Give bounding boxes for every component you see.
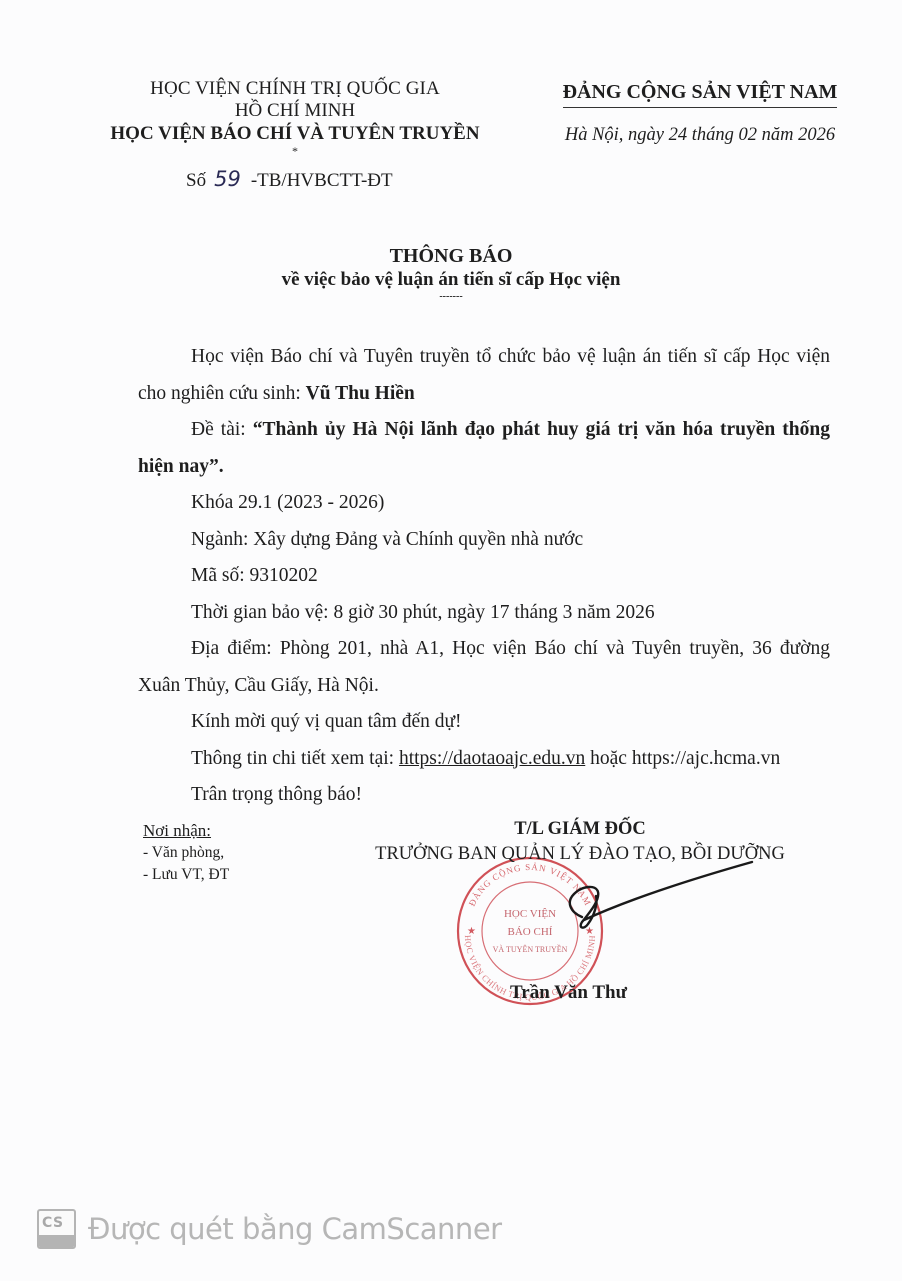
info-prefix: Thông tin chi tiết xem tại: [191, 748, 399, 769]
issuer-parent-org: HỌC VIỆN CHÍNH TRỊ QUỐC GIA [60, 78, 530, 100]
party-header: ĐẢNG CỘNG SẢN VIỆT NAM Hà Nội, ngày 24 t… [540, 78, 860, 146]
course-line: Khóa 29.1 (2023 - 2026) [138, 485, 830, 522]
student-name: Vũ Thu Hiền [306, 383, 415, 404]
major-line: Ngành: Xây dựng Đảng và Chính quyền nhà … [138, 522, 830, 559]
intro-text: Học viện Báo chí và Tuyên truyền tổ chức… [138, 346, 830, 404]
invitation-line: Kính mời quý vị quan tâm đến dự! [138, 704, 830, 741]
svg-text:★: ★ [467, 926, 476, 937]
doc-no-number: 59 [214, 167, 241, 191]
issuer-parent-org-cont: HỒ CHÍ MINH [60, 100, 530, 122]
title-separator: ------- [0, 292, 902, 302]
party-name: ĐẢNG CỘNG SẢN VIỆT NAM [563, 78, 838, 108]
document-title: THÔNG BÁO về việc bảo vệ luận án tiến sĩ… [0, 244, 902, 302]
issuer-org: HỌC VIỆN BÁO CHÍ VÀ TUYÊN TRUYỀN [60, 122, 530, 146]
camscanner-label: Được quét bằng CamScanner [88, 1212, 502, 1246]
recipient-item: - Lưu VT, ĐT [143, 864, 229, 886]
camscanner-watermark: CS Được quét bằng CamScanner [37, 1209, 502, 1249]
closing-line: Trân trọng thông báo! [138, 777, 830, 814]
signer-name: Trần Văn Thư [510, 982, 627, 1004]
doc-no-suffix: -TB/HVBCTT-ĐT [251, 170, 393, 191]
code-line: Mã số: 9310202 [138, 558, 830, 595]
handwritten-signature-icon [540, 850, 760, 950]
info-or-link: hoặc https://ajc.hcma.vn [585, 748, 780, 769]
link-daotaoajc[interactable]: https://daotaoajc.edu.vn [399, 748, 585, 769]
issuer-header: HỌC VIỆN CHÍNH TRỊ QUỐC GIA HỒ CHÍ MINH … [60, 78, 530, 156]
recipient-item: - Văn phòng, [143, 842, 229, 864]
camscanner-logo-icon: CS [37, 1209, 76, 1249]
intro-paragraph: Học viện Báo chí và Tuyên truyền tổ chức… [138, 339, 830, 412]
recipients-block: Nơi nhận: - Văn phòng, - Lưu VT, ĐT [143, 820, 229, 886]
recipients-heading: Nơi nhận: [143, 820, 229, 842]
document-body: Học viện Báo chí và Tuyên truyền tổ chức… [138, 339, 830, 814]
time-line: Thời gian bảo vệ: 8 giờ 30 phút, ngày 17… [138, 595, 830, 632]
document-number: Số59-TB/HVBCTT-ĐT [186, 167, 393, 192]
doc-no-prefix: Số [186, 170, 206, 191]
info-line: Thông tin chi tiết xem tại: https://daot… [138, 741, 830, 778]
location-paragraph: Địa điểm: Phòng 201, nhà A1, Học viện Bá… [138, 631, 830, 704]
star-separator: * [60, 146, 530, 156]
topic-paragraph: Đề tài: “Thành ủy Hà Nội lãnh đạo phát h… [138, 412, 830, 485]
title-sub: về việc bảo vệ luận án tiến sĩ cấp Học v… [0, 268, 902, 292]
issue-date: Hà Nội, ngày 24 tháng 02 năm 2026 [540, 125, 860, 146]
signer-authority: T/L GIÁM ĐỐC [330, 816, 830, 842]
title-main: THÔNG BÁO [0, 244, 902, 268]
topic-label: Đề tài: [191, 419, 253, 440]
